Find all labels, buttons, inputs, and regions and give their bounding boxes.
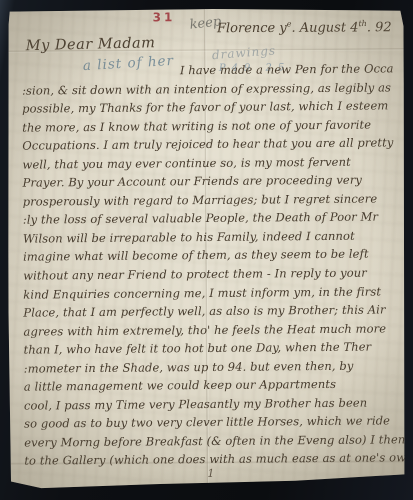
salutation: My Dear Madam <box>26 35 156 54</box>
letter-photograph: 31 keep Florence ye. August 4th. 92 My D… <box>0 0 413 500</box>
letter-paper: 31 keep Florence ye. August 4th. 92 My D… <box>7 8 407 490</box>
archival-number: 31 <box>153 10 176 24</box>
dateline-superscript-th: th <box>358 19 366 28</box>
dateline-year: . 92 <box>367 20 392 35</box>
page-number: 1 <box>207 467 214 480</box>
letter-body: I have made a new Pen for the Occa:sion,… <box>22 60 400 470</box>
pencil-note-drawings: drawings <box>211 43 276 62</box>
dateline-month-day: . August 4 <box>291 20 358 35</box>
dateline: Florence ye. August 4th. 92 <box>217 19 392 36</box>
dateline-place: Florence y <box>217 21 287 36</box>
